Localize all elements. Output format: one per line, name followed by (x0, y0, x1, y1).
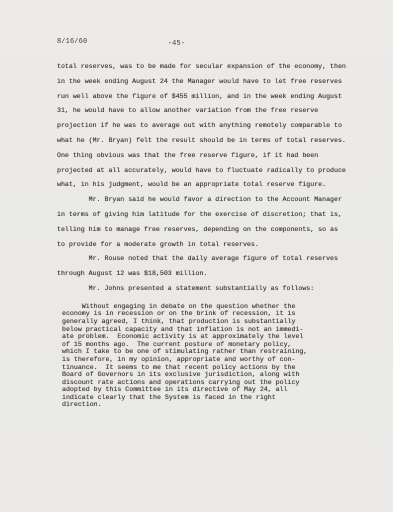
quoted-statement: Without engaging in debate on the questi… (57, 303, 353, 409)
document-body: total reserves, was to be made for secul… (57, 60, 353, 409)
document-page: 8/16/60 -45- total reserves, was to be m… (0, 0, 393, 512)
paragraph: Mr. Rouse noted that the daily average f… (57, 252, 353, 282)
paragraph: Mr. Johns presented a statement substant… (57, 282, 353, 297)
paragraph: total reserves, was to be made for secul… (57, 60, 353, 193)
paragraph: Mr. Bryan said he would favor a directio… (57, 193, 353, 252)
header-page-number: -45- (57, 40, 296, 48)
page-header: 8/16/60 -45- (57, 38, 353, 58)
